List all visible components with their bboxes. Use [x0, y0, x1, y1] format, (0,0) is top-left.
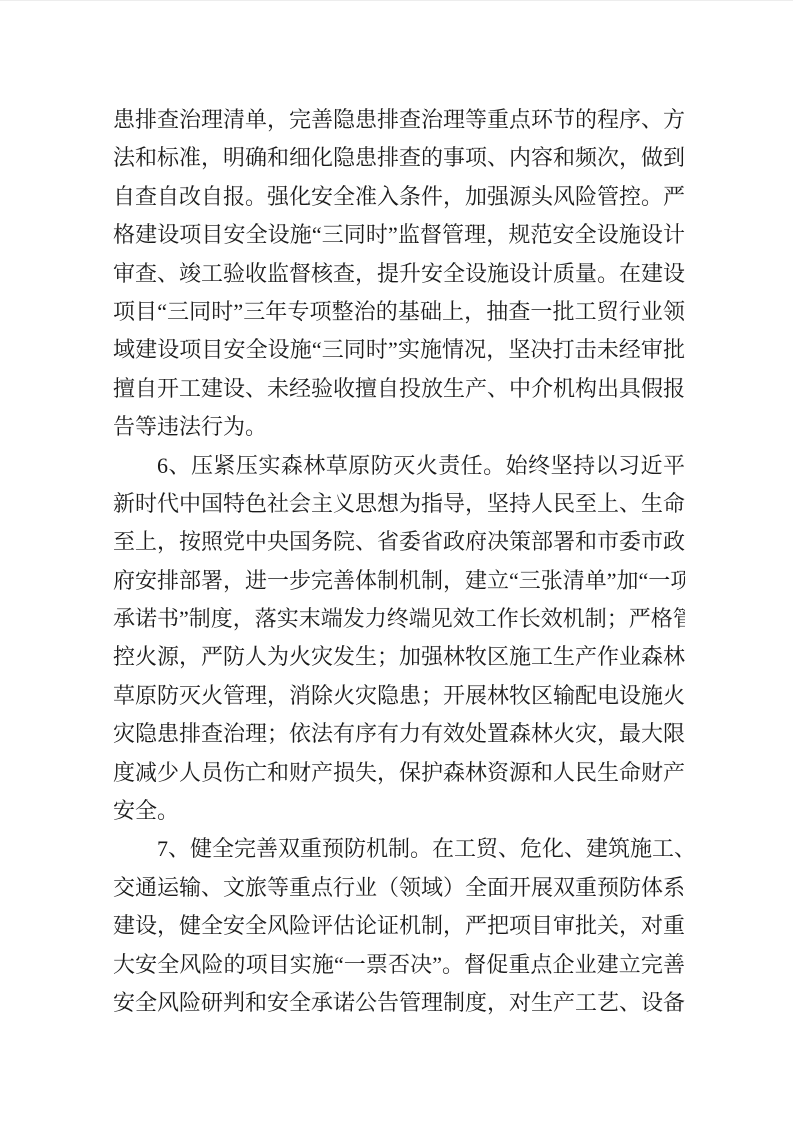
text-line: 新时代中国特色社会主义思想为指导，坚持人民至上、生命 [113, 485, 685, 523]
paragraph: 患排查治理清单，完善隐患排查治理等重点环节的程序、方法和标准，明确和细化隐患排查… [113, 101, 685, 447]
text-line: 度减少人员伤亡和财产损失，保护森林资源和人民生命财产 [113, 754, 685, 792]
text-line: 6、压紧压实森林草原防灭火责任。始终坚持以习近平 [113, 447, 685, 485]
text-line: 大安全风险的项目实施“一票否决”。督促重点企业建立完善 [113, 946, 685, 984]
text-line: 承诺书”制度，落实末端发力终端见效工作长效机制；严格管 [113, 600, 685, 638]
text-line: 建设，健全安全风险评估论证机制，严把项目审批关，对重 [113, 907, 685, 945]
text-line: 安全风险研判和安全承诺公告管理制度，对生产工艺、设备 [113, 984, 685, 1022]
text-line: 擅自开工建设、未经验收擅自投放生产、中介机构出具假报 [113, 370, 685, 408]
text-line: 交通运输、文旅等重点行业（领域）全面开展双重预防体系 [113, 869, 685, 907]
text-line: 草原防灭火管理，消除火灾隐患；开展林牧区输配电设施火 [113, 677, 685, 715]
text-line: 域建设项目安全设施“三同时”实施情况，坚决打击未经审批 [113, 331, 685, 369]
document-content: 患排查治理清单，完善隐患排查治理等重点环节的程序、方法和标准，明确和细化隐患排查… [113, 101, 685, 1022]
text-line: 灾隐患排查治理；依法有序有力有效处置森林火灾，最大限 [113, 715, 685, 753]
text-line: 至上，按照党中央国务院、省委省政府决策部署和市委市政 [113, 523, 685, 561]
text-line: 法和标准，明确和细化隐患排查的事项、内容和频次，做到 [113, 139, 685, 177]
document-page: 患排查治理清单，完善隐患排查治理等重点环节的程序、方法和标准，明确和细化隐患排查… [0, 0, 793, 1122]
text-line: 安全。 [113, 792, 685, 830]
text-line: 审查、竣工验收监督核查，提升安全设施设计质量。在建设 [113, 255, 685, 293]
text-line: 患排查治理清单，完善隐患排查治理等重点环节的程序、方 [113, 101, 685, 139]
text-line: 格建设项目安全设施“三同时”监督管理，规范安全设施设计 [113, 216, 685, 254]
paragraph: 7、健全完善双重预防机制。在工贸、危化、建筑施工、交通运输、文旅等重点行业（领域… [113, 830, 685, 1022]
paragraph: 6、压紧压实森林草原防灭火责任。始终坚持以习近平新时代中国特色社会主义思想为指导… [113, 447, 685, 831]
text-line: 7、健全完善双重预防机制。在工贸、危化、建筑施工、 [113, 830, 685, 868]
text-line: 控火源，严防人为火灾发生；加强林牧区施工生产作业森林 [113, 638, 685, 676]
text-line: 告等违法行为。 [113, 408, 685, 446]
text-line: 自查自改自报。强化安全准入条件，加强源头风险管控。严 [113, 178, 685, 216]
text-line: 项目“三同时”三年专项整治的基础上，抽查一批工贸行业领 [113, 293, 685, 331]
text-line: 府安排部署，进一步完善体制机制，建立“三张清单”加“一项 [113, 562, 685, 600]
